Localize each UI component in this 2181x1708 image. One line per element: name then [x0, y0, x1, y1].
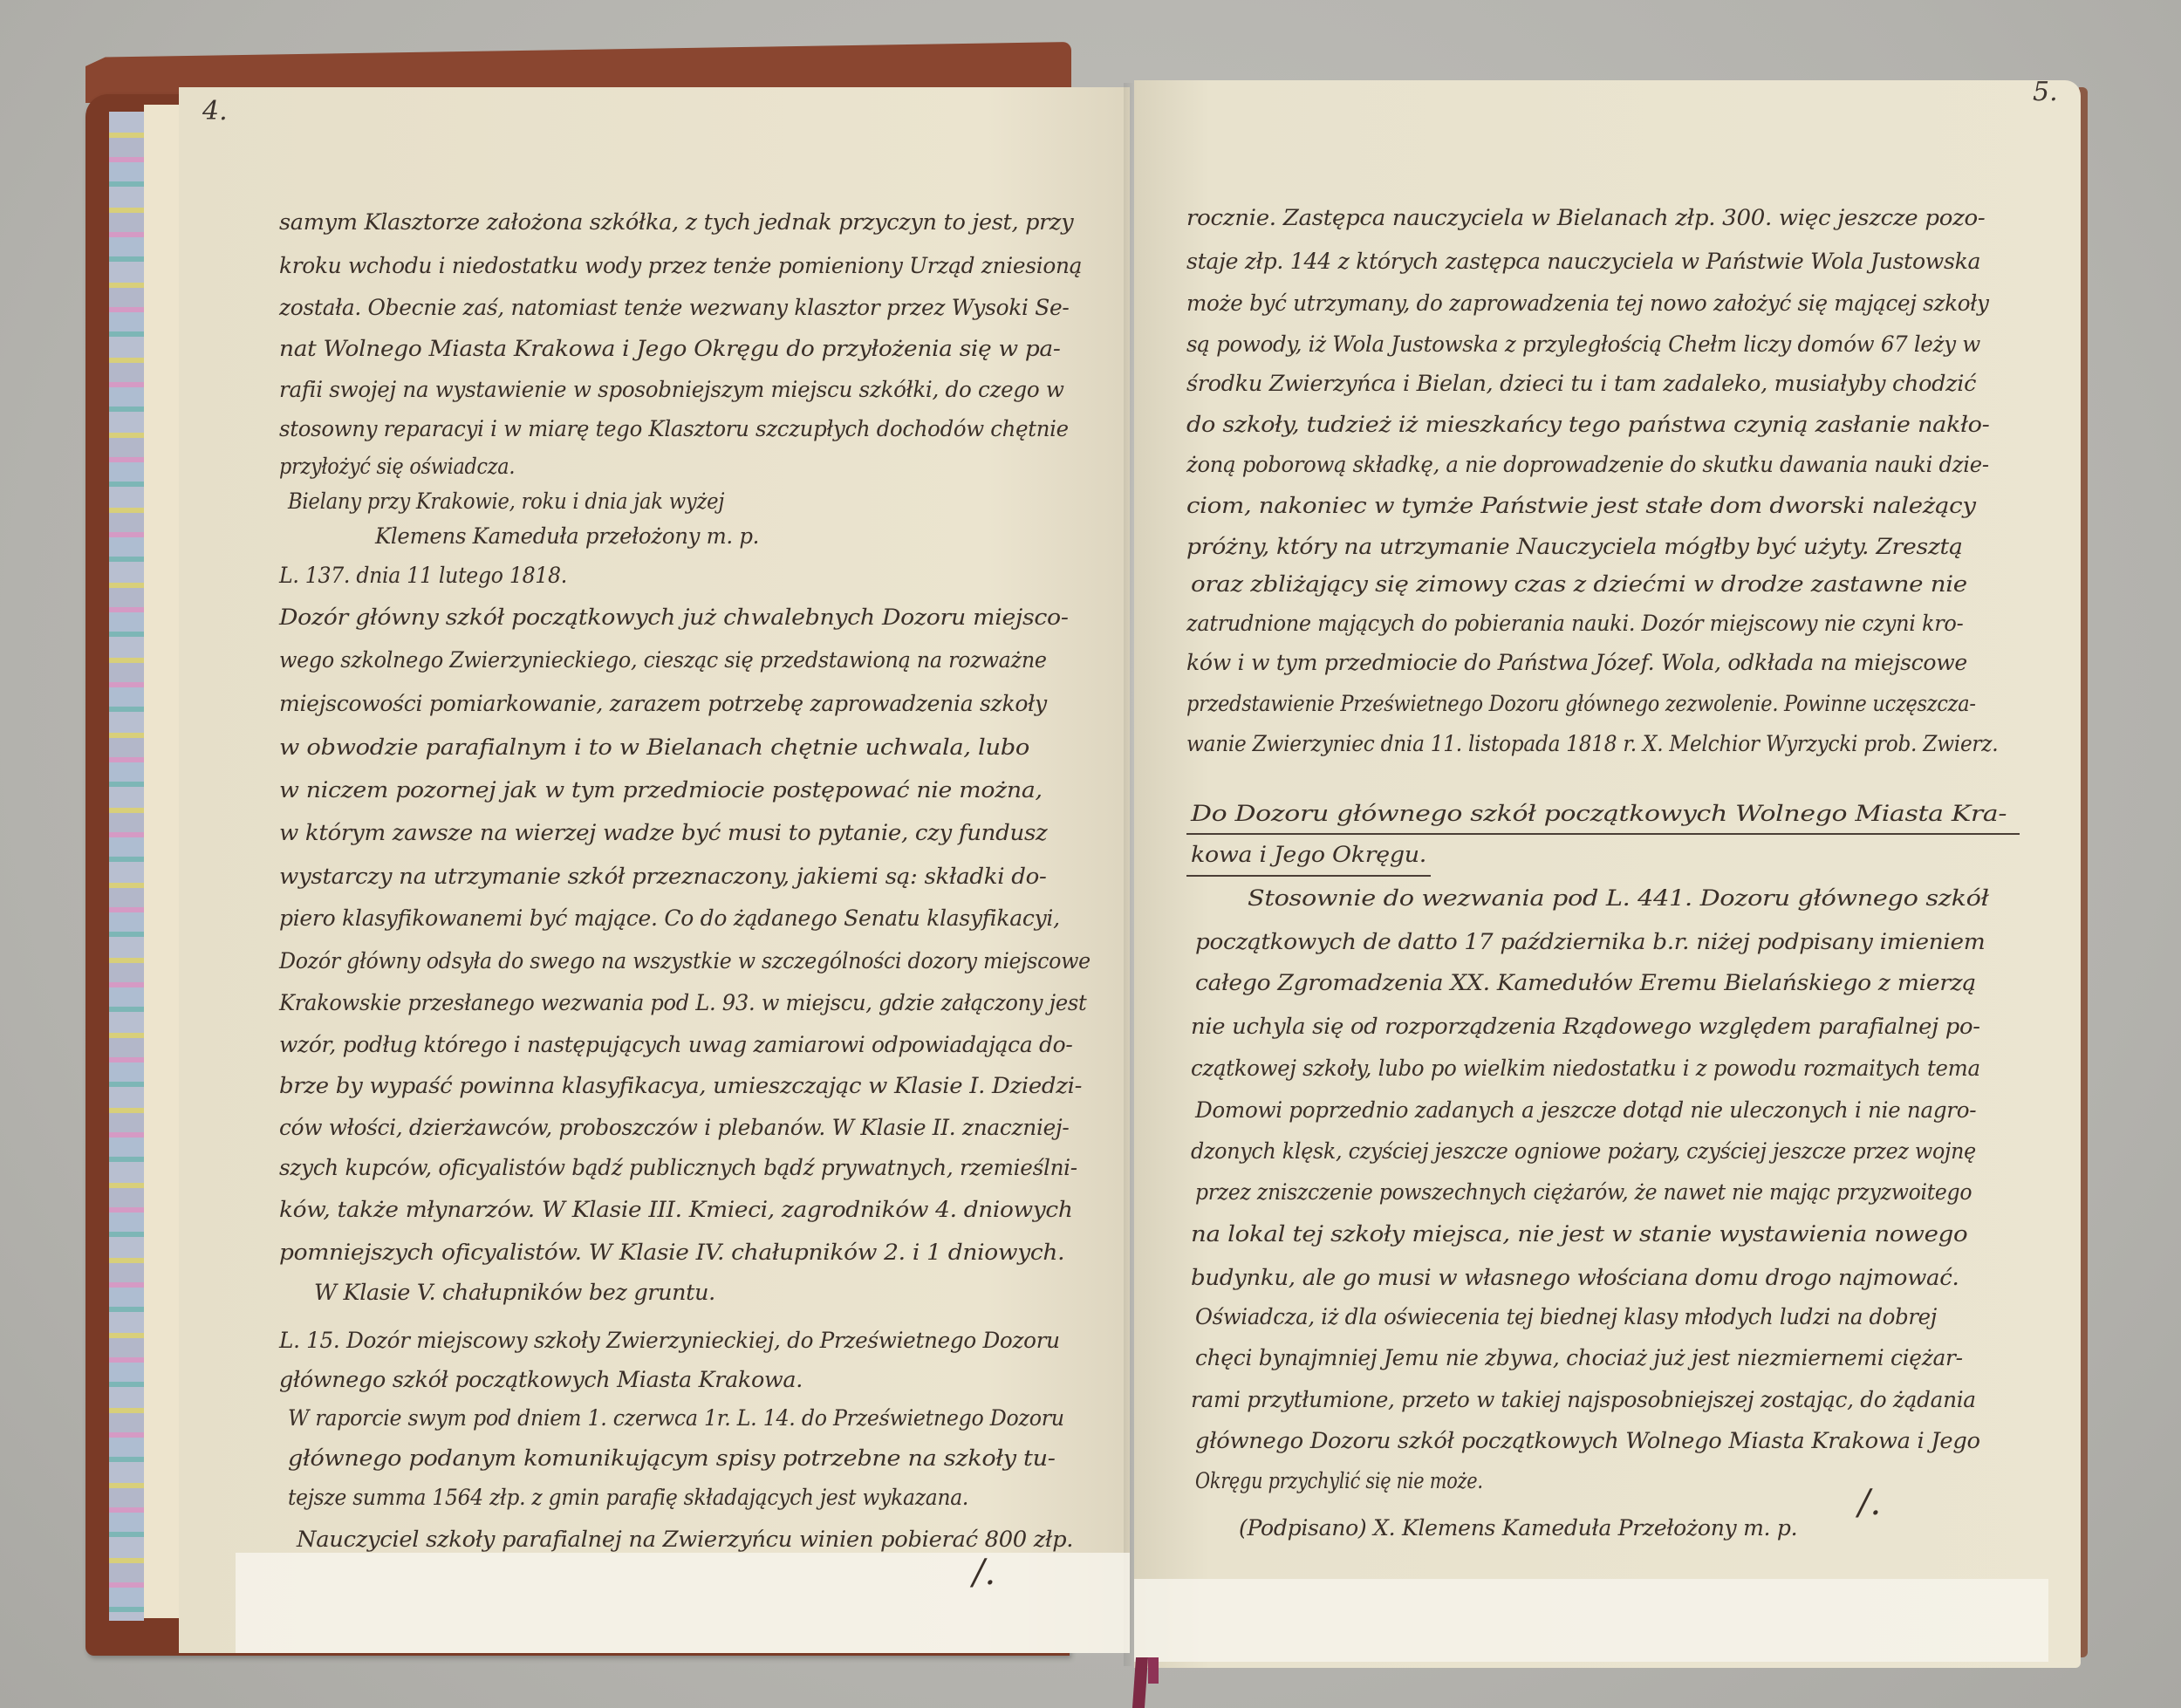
right-body-line: nie uchyla się od rozporządzenia Rządowe…: [1191, 1014, 1980, 1039]
right-body-line: Domowi poprzednio zadanych a jeszcze dot…: [1195, 1097, 1976, 1123]
left-page-line: ców włości, dzierżawców, proboszczów i p…: [279, 1115, 1069, 1140]
right-body-line: na lokal tej szkoły miejsca, nie jest w …: [1191, 1221, 1967, 1247]
left-page-line: nat Wolnego Miasta Krakowa i Jego Okręgu…: [279, 336, 1060, 361]
left-page-line: stosowny reparacyi i w miarę tego Klaszt…: [279, 416, 1069, 441]
closing-mark-left: /.: [973, 1553, 995, 1593]
right-body-line: rami przytłumione, przeto w takiej najsp…: [1191, 1387, 1976, 1412]
left-page-line: wystarczy na utrzymanie szkół przeznaczo…: [279, 864, 1046, 889]
left-page-line: głównego szkół początkowych Miasta Krako…: [279, 1367, 803, 1392]
right-page-line: są powody, iż Wola Justowska z przyległo…: [1186, 331, 1980, 357]
left-page-line: w którym zawsze na wierzej wadze być mus…: [279, 820, 1047, 845]
bookmark-ribbon-loop: [1148, 1657, 1159, 1684]
book-gutter: [1124, 83, 1141, 1666]
header-line: kowa i Jego Okręgu.: [1191, 842, 1426, 867]
left-page-line: Krakowskie przesłanego wezwania pod L. 9…: [279, 990, 1086, 1015]
right-page-line: ków i w tym przedmiocie do Państwa Józef…: [1186, 650, 1967, 675]
header-underline-2: [1186, 875, 1431, 877]
right-page-line: rocznie. Zastępca nauczyciela w Bielanac…: [1186, 205, 1985, 230]
left-page-line: kroku wchodu i niedostatku wody przez te…: [279, 253, 1082, 278]
left-page-line: w niczem pozornej jak w tym przedmiocie …: [279, 777, 1043, 803]
right-body-line: dzonych klęsk, czyściej jeszcze ogniowe …: [1191, 1138, 1976, 1164]
right-page-line: wanie Zwierzyniec dnia 11. listopada 181…: [1186, 731, 1998, 756]
right-body-line: czątkowej szkoły, lubo po wielkim niedos…: [1191, 1056, 1980, 1081]
closing-mark-right: /.: [1858, 1483, 1881, 1523]
left-page-line: samym Klasztorze założona szkółka, z tyc…: [279, 209, 1073, 235]
left-page-line: brze by wypaść powinna klasyfikacya, umi…: [279, 1073, 1082, 1098]
left-page-line: L. 137. dnia 11 lutego 1818.: [279, 563, 567, 588]
left-page-line: Nauczyciel szkoły parafialnej na Zwierzy…: [297, 1527, 1073, 1552]
left-page-line: została. Obecnie zaś, natomiast tenże we…: [279, 295, 1069, 320]
right-page-line: zatrudnione mających do pobierania nauki…: [1186, 611, 1963, 636]
right-body-line: Okręgu przychylić się nie może.: [1195, 1468, 1483, 1493]
right-body-line: przez zniszczenie powszechnych ciężarów,…: [1195, 1179, 1972, 1205]
left-page-line: Dozór główny szkół początkowych już chwa…: [279, 605, 1069, 630]
right-body-line: głównego Dozoru szkół początkowych Wolne…: [1195, 1428, 1980, 1453]
right-page-line: może być utrzymany, do zaprowadzenia tej…: [1186, 290, 1989, 316]
left-page-line: szych kupców, oficyalistów bądź publiczn…: [279, 1155, 1077, 1180]
right-body-line: (Podpisano) X. Klemens Kameduła Przełożo…: [1239, 1515, 1797, 1541]
left-page-line: pomniejszych oficyalistów. W Klasie IV. …: [279, 1240, 1064, 1265]
right-page-line: próżny, który na utrzymanie Nauczyciela …: [1186, 534, 1963, 559]
right-body-line: chęci bynajmniej Jemu nie zbywa, chociaż…: [1195, 1345, 1963, 1370]
left-page-line: głównego podanym komunikującym spisy pot…: [288, 1445, 1056, 1471]
right-page-line: do szkoły, tudzież iż mieszkańcy tego pa…: [1186, 412, 1989, 437]
page-number-right: 5.: [2033, 77, 2058, 107]
right-body-line: Stosownie do wezwania pod L. 441. Dozoru…: [1248, 885, 1989, 911]
left-page-line: W raporcie swym pod dniem 1. czerwca 1r.…: [288, 1405, 1064, 1431]
repair-tissue-left: [236, 1553, 1130, 1653]
header-underline-1: [1186, 833, 2020, 835]
right-body-line: budynku, ale go musi w własnego włościan…: [1191, 1265, 1959, 1290]
header-line: Do Dozoru głównego szkół początkowych Wo…: [1191, 801, 2007, 826]
right-page-line: oraz zbliżający się zimowy czas z dziećm…: [1191, 571, 1967, 597]
right-page-line: środku Zwierzyńca i Bielan, dzieci tu i …: [1186, 371, 1976, 396]
page-number-left: 4.: [202, 96, 228, 126]
right-body-line: początkowych de datto 17 października b.…: [1195, 929, 1985, 954]
left-page-line: piero klasyfikowanemi być mające. Co do …: [279, 905, 1060, 931]
left-page-line: Dozór główny odsyła do swego na wszystki…: [279, 948, 1090, 974]
left-page-line: ków, także młynarzów. W Klasie III. Kmie…: [279, 1197, 1073, 1222]
left-page-line: wzór, podług którego i następujących uwa…: [279, 1032, 1073, 1057]
left-page-line: Klemens Kameduła przełożony m. p.: [375, 523, 759, 549]
right-body-line: Oświadcza, iż dla oświecenia tej biednej…: [1195, 1304, 1937, 1329]
left-page-line: W Klasie V. chałupników bez gruntu.: [314, 1280, 715, 1305]
right-body-line: całego Zgromadzenia XX. Kamedułów Eremu …: [1195, 970, 1976, 995]
left-page-line: w obwodzie parafialnym i to w Bielanach …: [279, 734, 1029, 760]
left-page-line: tejsze summa 1564 złp. z gmin parafię sk…: [288, 1485, 968, 1510]
repair-tissue-right: [1134, 1579, 2048, 1662]
right-page-line: żoną poborową składkę, a nie doprowadzen…: [1186, 452, 1989, 477]
left-page-line: rafii swojej na wystawienie w sposobniej…: [279, 377, 1064, 402]
left-page-line: Bielany przy Krakowie, roku i dnia jak w…: [288, 488, 724, 514]
left-page-line: miejscowości pomiarkowanie, zarazem potr…: [279, 691, 1047, 716]
right-page-line: przedstawienie Prześwietnego Dozoru głów…: [1186, 691, 1976, 716]
right-page-line: ciom, nakoniec w tymże Państwie jest sta…: [1186, 493, 1976, 518]
left-page-line: przyłożyć się oświadcza.: [279, 454, 515, 479]
marbled-endpaper: [109, 112, 144, 1621]
left-page-line: wego szkolnego Zwierzynieckiego, ciesząc…: [279, 647, 1047, 673]
left-page-line: L. 15. Dozór miejscowy szkoły Zwierzynie…: [279, 1328, 1060, 1353]
right-page-line: staje złp. 144 z których zastępca nauczy…: [1186, 249, 1980, 274]
